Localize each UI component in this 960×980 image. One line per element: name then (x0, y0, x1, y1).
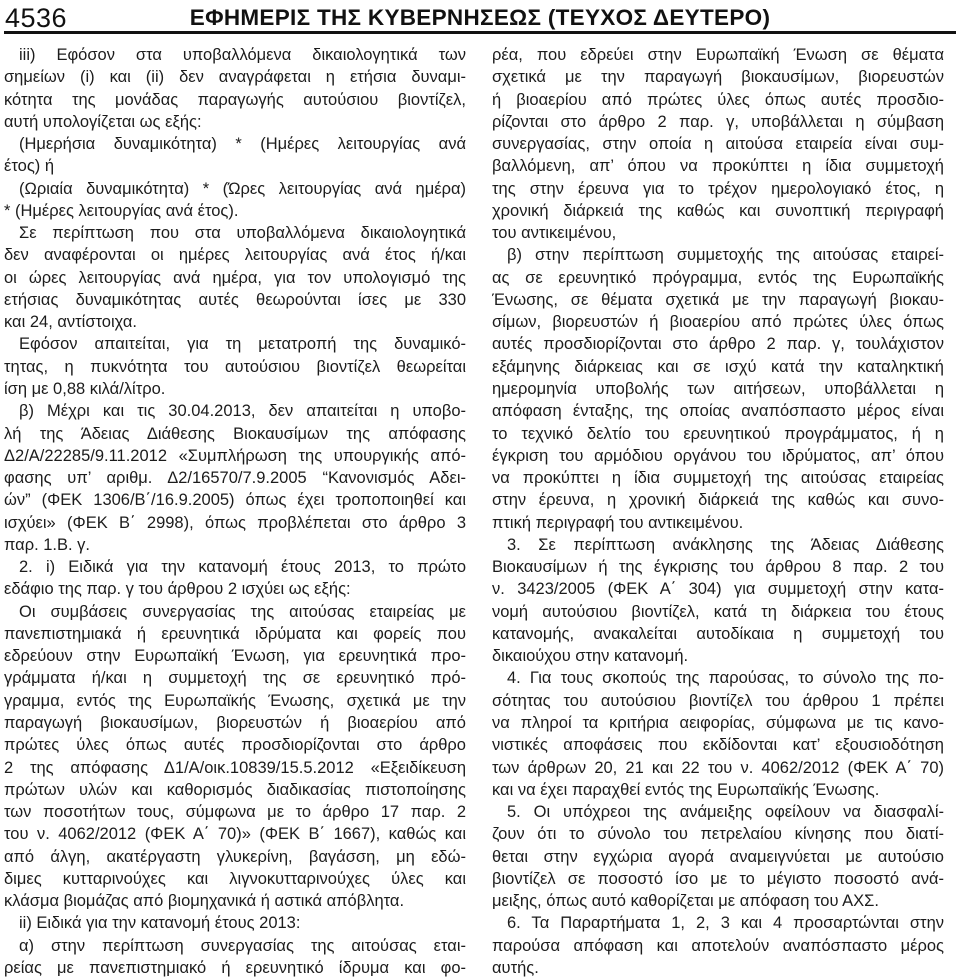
text-line: να προκύπτει η ίδια συμμετοχή της αιτούσ… (492, 467, 944, 489)
text-line: Εφόσον απαιτείται, για τη μετατροπή της … (4, 333, 466, 355)
text-line: τητας, η πυκνότητα του αυτούσιου βιοντίζ… (4, 356, 466, 378)
text-line: * (Ημέρες λειτουργίας ανά έτος). (4, 200, 466, 222)
text-line: α) στην περίπτωση συνεργασίας της αιτούσ… (4, 935, 466, 957)
text-line: ισχύει» (ΦΕΚ Β΄ 2998), όπως προβλέπεται … (4, 512, 466, 534)
text-line: της στην έρευνα για το τρέχον ημερολογια… (492, 178, 944, 200)
text-line: πανεπιστημιακά ή ερευνητικά ιδρύματα και… (4, 623, 466, 645)
text-line: του αντικειμένου, (492, 222, 944, 244)
text-line: σότητας του αυτούσιου βιοντίζελ του άρθρ… (492, 690, 944, 712)
text-line: βιοντίζελ σε ποσοστό ίσο με το μέγιστο π… (492, 868, 944, 890)
text-line: (Ωριαία δυναμικότητα) * (Ώρες λειτουργία… (4, 178, 466, 200)
text-line: να πληροί τα κριτήρια αειφορίας, σύμφωνα… (492, 712, 944, 734)
text-line: κότητα της μονάδας παραγωγής αυτούσιου β… (4, 89, 466, 111)
text-line: φασης υπ’ αριθμ. Δ2/16570/7.9.2005 “Κανο… (4, 467, 466, 489)
text-line: και να έχει παραχθεί εντός της Ευρωπαϊκή… (492, 779, 944, 801)
text-line: 2 της απόφασης Δ1/Α/οικ.10839/15.5.2012 … (4, 757, 466, 779)
text-line: 2. i) Ειδικά για την κατανομή έτους 2013… (4, 556, 466, 578)
text-line: ή βιοαερίου από πρώτες ύλες όπως αυτές π… (492, 89, 944, 111)
text-line: ρείας με πανεπιστημιακό ή ερευνητικό ίδρ… (4, 957, 466, 979)
text-line: έτος) ή (4, 155, 466, 177)
text-column-left: iii) Εφόσον στα υποβαλλόμενα δικαιολογητ… (4, 44, 466, 979)
page-title: ΕΦΗΜΕΡΙΣ ΤΗΣ ΚΥΒΕΡΝΗΣΕΩΣ (ΤΕΥΧΟΣ ΔΕΥΤΕΡΟ… (0, 5, 960, 31)
text-line: πτική περιγραφή του αντικειμένου. (492, 512, 944, 534)
text-line: ζουν ότι το σύνολο του πετρελαίου κίνηση… (492, 823, 944, 845)
text-line: παρούσα απόφαση και αποτελούν αναπόσπαστ… (492, 935, 944, 957)
header-rule (4, 31, 956, 34)
text-line: των άρθρων 20, 21 και 22 του ν. 4062/201… (492, 757, 944, 779)
page-header: 4536 ΕΦΗΜΕΡΙΣ ΤΗΣ ΚΥΒΕΡΝΗΣΕΩΣ (ΤΕΥΧΟΣ ΔΕ… (0, 0, 960, 31)
text-line: ρίζονται στο άρθρο 2 παρ. γ, υποβάλλεται… (492, 111, 944, 133)
text-line: Δ2/Α/22285/9.11.2012 «Συμπλήρωση της υπο… (4, 445, 466, 467)
text-line: χρονική διάρκειά της καθώς και συνοπτική… (492, 200, 944, 222)
text-line: β) στην περίπτωση συμμετοχής της αιτούσα… (492, 244, 944, 266)
text-line: των ποσοτήτων τους, σύμφωνα με το άρθρο … (4, 801, 466, 823)
text-line: γράμματα ή/και η συμμετοχή της σε ερευνη… (4, 667, 466, 689)
text-line: ρέα, που εδρεύει στην Ευρωπαϊκή Ένωση σε… (492, 44, 944, 66)
text-line: αυτή υπολογίζεται ως εξής: (4, 111, 466, 133)
text-line: βαλλόμενη, απ’ όπου να προκύπτει η ίδια … (492, 155, 944, 177)
text-column-right: ρέα, που εδρεύει στην Ευρωπαϊκή Ένωση σε… (492, 44, 944, 979)
text-line: σίμων, βιορευστών ή βιοαερίου από πρώτες… (492, 311, 944, 333)
text-line: του ν. 4062/2012 (ΦΕΚ Α΄ 70)» (ΦΕΚ Β΄ 16… (4, 823, 466, 845)
text-line: σημείων (i) και (ii) δεν αναγράφεται η ε… (4, 66, 466, 88)
text-line: ίση με 0,88 κιλά/λίτρο. (4, 378, 466, 400)
text-line: έγκριση του αρμόδιου οργάνου του ιδρύματ… (492, 445, 944, 467)
gazette-page: 4536 ΕΦΗΜΕΡΙΣ ΤΗΣ ΚΥΒΕΡΝΗΣΕΩΣ (ΤΕΥΧΟΣ ΔΕ… (0, 0, 960, 980)
document-body: iii) Εφόσον στα υποβαλλόμενα δικαιολογητ… (4, 44, 944, 979)
text-line: Σε περίπτωση που στα υποβαλλόμενα δικαιο… (4, 222, 466, 244)
text-line: ημερομηνία υποβολής των αιτήσεων, υποβάλ… (492, 378, 944, 400)
text-line: λή της Άδειας Διάθεσης Βιοκαυσίμων της α… (4, 423, 466, 445)
text-line: το τεχνικό δελτίο του ερευνητικού προγρά… (492, 423, 944, 445)
text-line: παρ. 1.Β. γ. (4, 534, 466, 556)
text-line: Ένωσης, σε θέματα σχετικά με την παραγωγ… (492, 289, 944, 311)
text-line: από άλγη, ακατέργαστη γλυκερίνη, βαγάσση… (4, 846, 466, 868)
text-line: πρώτων υλών και καθορισμός διαδικασίας π… (4, 779, 466, 801)
text-line: 5. Οι υπόχρεοι της ανάμειξης οφείλουν να… (492, 801, 944, 823)
text-line: εξάμηνης διάρκειας και σε ισχύ κατά την … (492, 356, 944, 378)
text-line: (Ημερήσια δυναμικότητα) * (Ημέρες λειτου… (4, 133, 466, 155)
text-line: οι ώρες λειτουργίας ανά ημέρα, για τον υ… (4, 267, 466, 289)
text-line: πρώτες ύλες όπως αυτές προσδιορίζονται σ… (4, 734, 466, 756)
text-line: νομή αυτούσιου βιοντίζελ, κατά τη διάρκε… (492, 601, 944, 623)
text-line: παραγωγή βιοκαυσίμων, βιορευστών ή βιοαε… (4, 712, 466, 734)
text-line: και 24, αντίστοιχα. (4, 311, 466, 333)
text-line: στην έρευνα, η χρονική διάρκειά της καθώ… (492, 489, 944, 511)
text-line: διμες κυτταρινούχες και λιγνοκυτταρινούχ… (4, 868, 466, 890)
text-line: iii) Εφόσον στα υποβαλλόμενα δικαιολογητ… (4, 44, 466, 66)
text-line: 3. Σε περίπτωση ανάκλησης της Άδειας Διά… (492, 534, 944, 556)
text-line: νιστικές αποφάσεις που εκδίδονται κατ’ ε… (492, 734, 944, 756)
text-line: μειξης, όπως αυτό καθορίζεται με απόφαση… (492, 890, 944, 912)
text-line: Βιοκαυσίμων ή της έγκρισης του άρθρου 8 … (492, 556, 944, 578)
text-line: κλάσμα βιομάζας από βιομηχανικά ή αστικά… (4, 890, 466, 912)
text-line: κατανομής, ανακαλείται αυτοδίκαια η συμμ… (492, 623, 944, 645)
text-line: 4. Για τους σκοπούς της παρούσας, το σύν… (492, 667, 944, 689)
text-line: ii) Ειδικά για την κατανομή έτους 2013: (4, 912, 466, 934)
text-line: ν. 3423/2005 (ΦΕΚ Α΄ 304) για συμμετοχή … (492, 578, 944, 600)
text-line: εδάφιο της παρ. γ του άρθρου 2 ισχύει ως… (4, 578, 466, 600)
text-line: γραμμα, εντός της Ευρωπαϊκής Ένωσης, σχε… (4, 690, 466, 712)
text-line: Οι συμβάσεις συνεργασίας της αιτούσας ετ… (4, 601, 466, 623)
text-line: αυτές προσδιορίζονται στο άρθρο 2 παρ. γ… (492, 333, 944, 355)
text-line: αυτής. (492, 957, 944, 979)
text-line: ετήσιας δυναμικότητας αυτές θεωρούνται ί… (4, 289, 466, 311)
text-line: δικαιούχου στην κατανομή. (492, 645, 944, 667)
text-line: 6. Τα Παραρτήματα 1, 2, 3 και 4 προσαρτώ… (492, 912, 944, 934)
text-line: ών” (ΦΕΚ 1306/Β΄/16.9.2005) όπως έχει τρ… (4, 489, 466, 511)
text-line: θεται στην εγχώρια αγορά αναμειγνύεται μ… (492, 846, 944, 868)
text-line: β) Μέχρι και τις 30.04.2013, δεν απαιτεί… (4, 400, 466, 422)
text-line: εδρεύουν στην Ευρωπαϊκή Ένωση, για ερευν… (4, 645, 466, 667)
text-line: συνεργασίας, στην οποία η αιτούσα εταιρε… (492, 133, 944, 155)
text-line: ας σε ερευνητικό πρόγραμμα, εντός της Ευ… (492, 267, 944, 289)
text-line: απόφαση ένταξης, της οποίας αναπόσπαστο … (492, 400, 944, 422)
text-line: σχετικά με την παραγωγή βιοκαυσίμων, βιο… (492, 66, 944, 88)
text-line: δεν αναφέρονται οι ημέρες λειτουργίας αν… (4, 244, 466, 266)
